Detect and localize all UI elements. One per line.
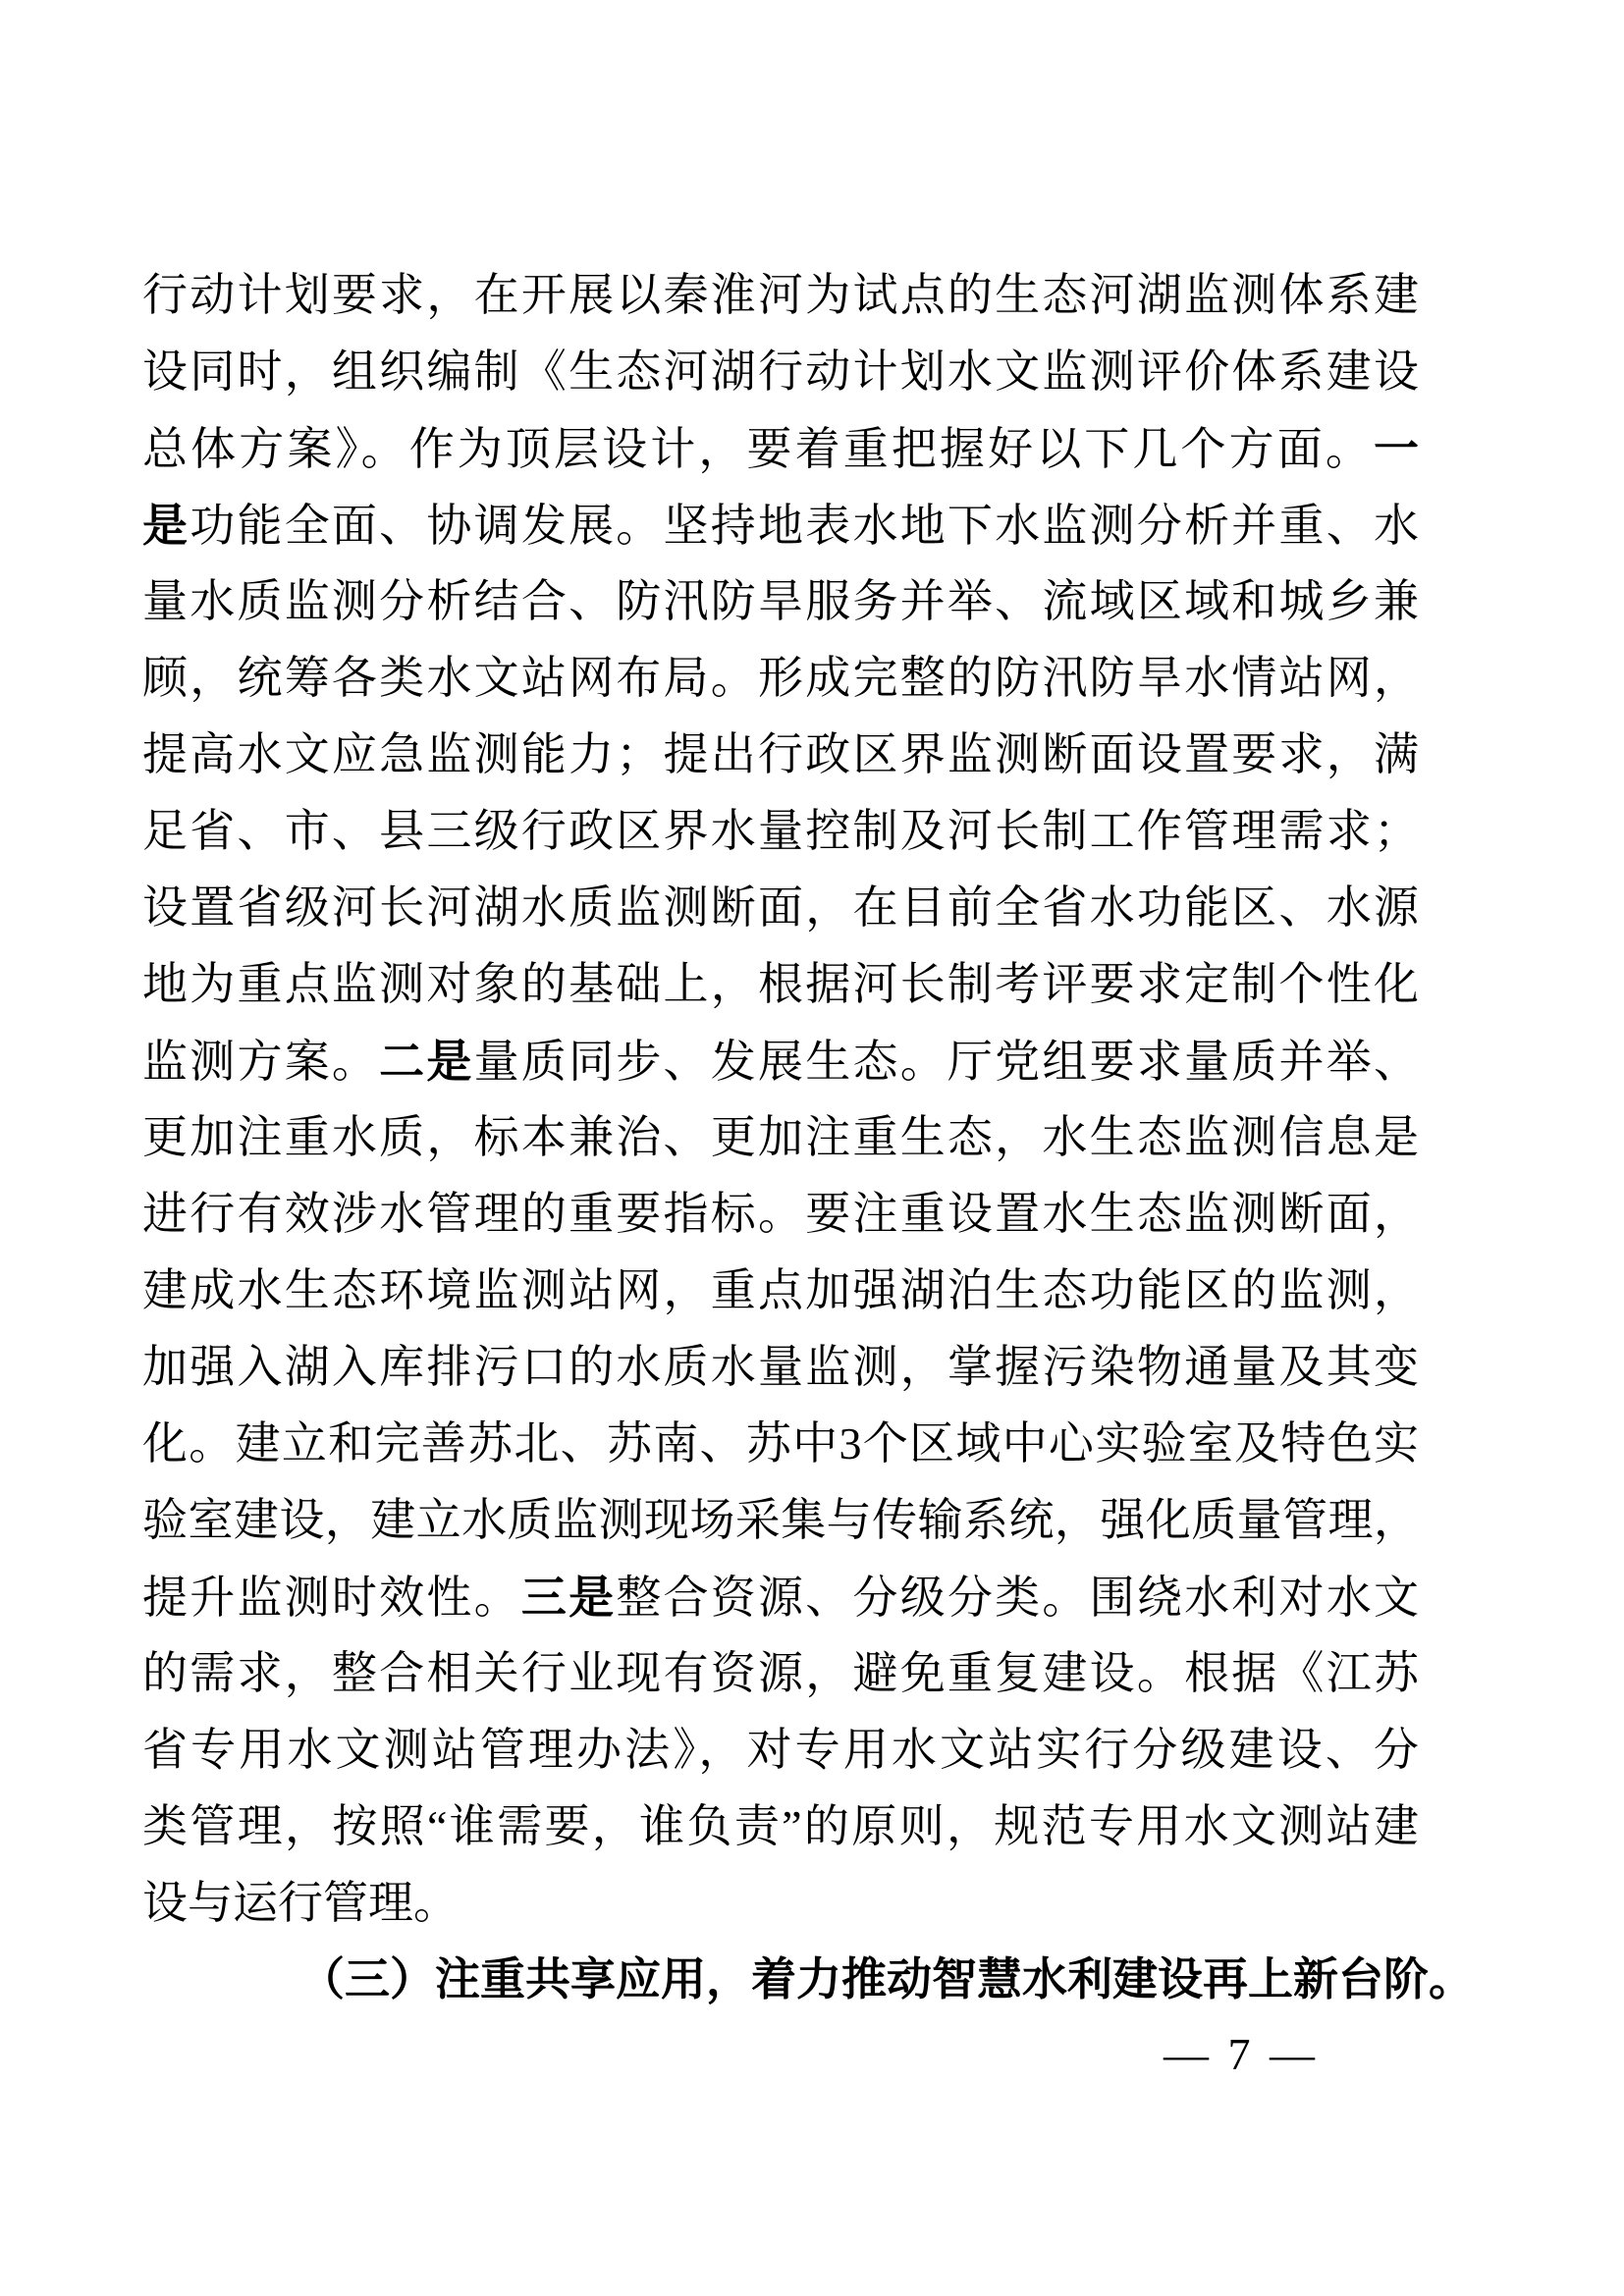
body-text: 量质同步、发展生态。厅党组要求量质并举、 xyxy=(474,1037,1419,1087)
emphasis-text: 三是 xyxy=(521,1572,616,1623)
emphasis-text: 一 xyxy=(1374,423,1419,474)
body-text: 足省、市、县三级行政区界水量控制及河长制工作管理需求； xyxy=(142,806,1419,856)
text-line: 提升监测时效性。三是整合资源、分级分类。围绕水利对水文 xyxy=(142,1559,1419,1635)
text-line: 加强入湖入库排污口的水质水量监测，掌握污染物通量及其变 xyxy=(142,1329,1419,1406)
body-text: 整合资源、分级分类。围绕水利对水文 xyxy=(616,1573,1419,1623)
text-line: 化。建立和完善苏北、苏南、苏中3个区域中心实验室及特色实 xyxy=(142,1406,1419,1482)
text-line: 进行有效涉水管理的重要指标。要注重设置水生态监测断面， xyxy=(142,1176,1419,1253)
text-line: 足省、市、县三级行政区界水量控制及河长制工作管理需求； xyxy=(142,793,1419,870)
body-text: 监测方案。 xyxy=(142,1037,379,1087)
emphasis-text: 是 xyxy=(142,500,189,551)
body-text: 设同时，组织编制《生态河湖行动计划水文监测评价体系建设 xyxy=(142,347,1419,397)
text-line: 更加注重水质，标本兼治、更加注重生态，水生态监测信息是 xyxy=(142,1099,1419,1176)
body-text: 加强入湖入库排污口的水质水量监测，掌握污染物通量及其变 xyxy=(142,1342,1419,1392)
emphasis-text: 二是 xyxy=(379,1036,473,1087)
body-text: 顾，统筹各类水文站网布局。形成完整的防汛防旱水情站网， xyxy=(142,653,1419,703)
text-line: 行动计划要求，在开展以秦淮河为试点的生态河湖监测体系建 xyxy=(142,257,1419,334)
body-text: 省专用水文测站管理办法》，对专用水文站实行分级建设、分 xyxy=(142,1725,1419,1775)
body-text: 总体方案》。作为顶层设计，要着重把握好以下几个方面。 xyxy=(142,424,1374,474)
text-line: 设与运行管理。 xyxy=(142,1865,1419,1942)
text-line: 设置省级河长河湖水质监测断面，在目前全省水功能区、水源 xyxy=(142,870,1419,946)
body-text: 类管理，按照“谁需要，谁负责”的原则，规范专用水文测站建 xyxy=(142,1801,1419,1851)
text-line: 监测方案。二是量质同步、发展生态。厅党组要求量质并举、 xyxy=(142,1023,1419,1099)
body-text: 建成水生态环境监测站网，重点加强湖泊生态功能区的监测， xyxy=(142,1265,1419,1315)
body-text: 行动计划要求，在开展以秦淮河为试点的生态河湖监测体系建 xyxy=(142,270,1419,320)
text-line: 量水质监测分析结合、防汛防旱服务并举、流域区域和城乡兼 xyxy=(142,563,1419,640)
text-line: 地为重点监测对象的基础上，根据河长制考评要求定制个性化 xyxy=(142,946,1419,1023)
text-line: 提高水文应急监测能力；提出行政区界监测断面设置要求，满 xyxy=(142,717,1419,793)
text-line: 设同时，组织编制《生态河湖行动计划水文监测评价体系建设 xyxy=(142,334,1419,410)
body-text: 验室建设，建立水质监测现场采集与传输系统，强化质量管理， xyxy=(142,1495,1419,1545)
body-text: 进行有效涉水管理的重要指标。要注重设置水生态监测断面， xyxy=(142,1189,1419,1239)
body-text: 地为重点监测对象的基础上，根据河长制考评要求定制个性化 xyxy=(142,959,1419,1009)
page-number: — 7 — xyxy=(1164,2030,1319,2079)
paragraph-heading-text: （三）注重共享应用，着力推动智慧水利建设再上新台阶。 xyxy=(299,1954,1474,2004)
text-line: 类管理，按照“谁需要，谁负责”的原则，规范专用水文测站建 xyxy=(142,1789,1419,1865)
body-text: 设与运行管理。 xyxy=(142,1878,459,1928)
body-text: 化。建立和完善苏北、苏南、苏中3个区域中心实验室及特色实 xyxy=(142,1418,1419,1468)
body-text: 量水质监测分析结合、防汛防旱服务并举、流域区域和城乡兼 xyxy=(142,576,1419,626)
text-line: 总体方案》。作为顶层设计，要着重把握好以下几个方面。一 xyxy=(142,410,1419,487)
text-line: 顾，统筹各类水文站网布局。形成完整的防汛防旱水情站网， xyxy=(142,640,1419,717)
text-line: 的需求，整合相关行业现有资源，避免重复建设。根据《江苏 xyxy=(142,1635,1419,1712)
body-text: 提升监测时效性。 xyxy=(142,1573,521,1623)
body-text-block: 行动计划要求，在开展以秦淮河为试点的生态河湖监测体系建设同时，组织编制《生态河湖… xyxy=(142,257,1419,2018)
text-line: 建成水生态环境监测站网，重点加强湖泊生态功能区的监测， xyxy=(142,1253,1419,1329)
document-page: 行动计划要求，在开展以秦淮河为试点的生态河湖监测体系建设同时，组织编制《生态河湖… xyxy=(0,0,1624,2296)
body-text: 更加注重水质，标本兼治、更加注重生态，水生态监测信息是 xyxy=(142,1112,1419,1162)
body-text: 功能全面、协调发展。坚持地表水地下水监测分析并重、水 xyxy=(189,501,1419,551)
text-line: 省专用水文测站管理办法》，对专用水文站实行分级建设、分 xyxy=(142,1712,1419,1789)
body-text: 的需求，整合相关行业现有资源，避免重复建设。根据《江苏 xyxy=(142,1648,1419,1698)
body-text: 提高水文应急监测能力；提出行政区界监测断面设置要求，满 xyxy=(142,729,1419,779)
text-line: （三）注重共享应用，着力推动智慧水利建设再上新台阶。 xyxy=(142,1942,1419,2018)
text-line: 是功能全面、协调发展。坚持地表水地下水监测分析并重、水 xyxy=(142,487,1419,563)
text-line: 验室建设，建立水质监测现场采集与传输系统，强化质量管理， xyxy=(142,1482,1419,1559)
body-text: 设置省级河长河湖水质监测断面，在目前全省水功能区、水源 xyxy=(142,882,1419,933)
